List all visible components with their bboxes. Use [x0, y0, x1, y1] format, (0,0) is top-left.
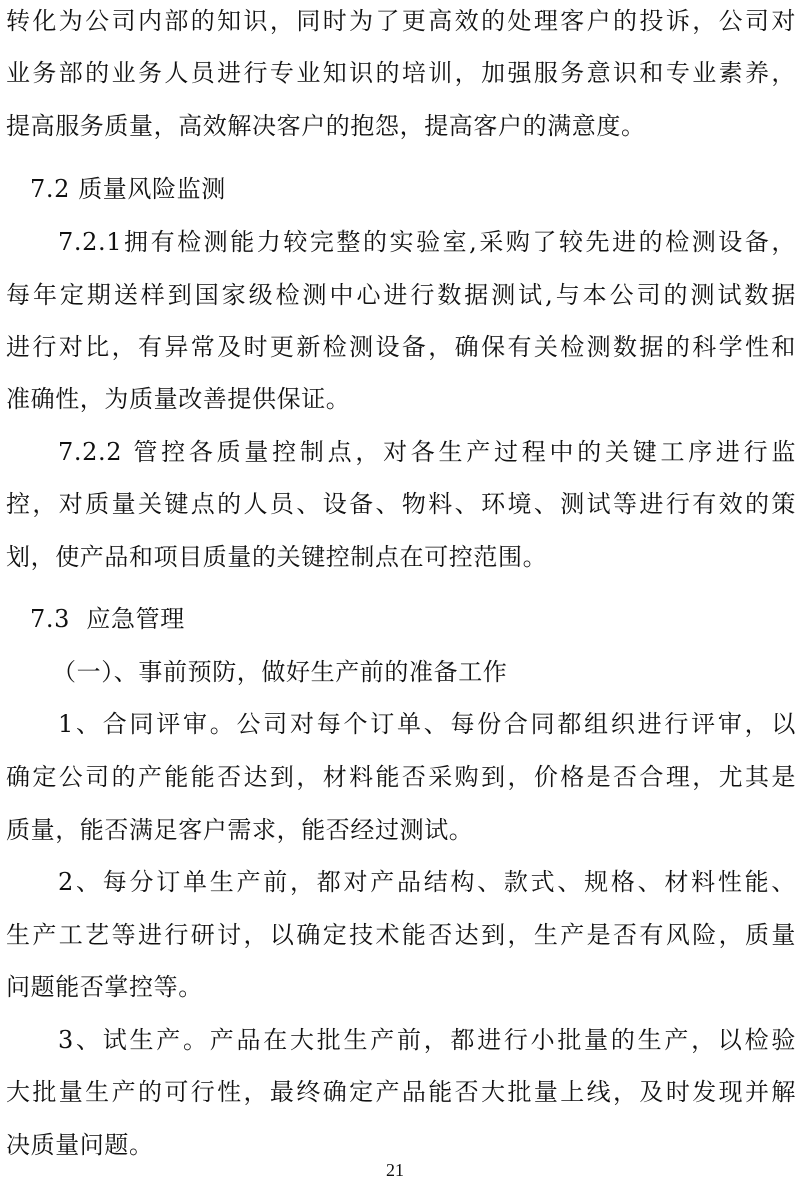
paragraph-line: 控，对质量关键点的人员、设备、物料、环境、测试等进行有效的策 — [6, 489, 796, 519]
paragraph-line: 3、试生产。产品在大批生产前，都进行小批量的生产，以检验 — [58, 1025, 796, 1055]
page-number: 21 — [0, 1160, 790, 1181]
paragraph-line: 准确性，为质量改善提供保证。 — [6, 384, 796, 414]
subsection-heading: （一）、事前预防，做好生产前的准备工作 — [52, 657, 800, 687]
paragraph-line: 7.2.2 管控各质量控制点，对各生产过程中的关键工序进行监 — [58, 437, 796, 467]
paragraph-line: 提高服务质量，高效解决客户的抱怨，提高客户的满意度。 — [6, 111, 796, 141]
paragraph-line: 进行对比，有异常及时更新检测设备，确保有关检测数据的科学性和 — [6, 332, 796, 362]
paragraph-line: 问题能否掌控等。 — [6, 972, 796, 1002]
paragraph-line: 转化为公司内部的知识，同时为了更高效的处理客户的投诉，公司对 — [6, 6, 796, 36]
paragraph-line: 1、合同评审。公司对每个订单、每份合同都组织进行评审，以 — [58, 709, 796, 739]
paragraph-line: 7.2.1拥有检测能力较完整的实验室,采购了较先进的检测设备， — [58, 227, 796, 257]
paragraph-line: 生产工艺等进行研讨，以确定技术能否达到，生产是否有风险，质量 — [6, 920, 796, 950]
paragraph-line: 大批量生产的可行性，最终确定产品能否大批量上线，及时发现并解 — [6, 1077, 796, 1107]
paragraph-line: 划，使产品和项目质量的关键控制点在可控范围。 — [6, 542, 796, 572]
section-heading-7-3: 7.3 应急管理 — [30, 604, 800, 634]
paragraph-line: 确定公司的产能能否达到，材料能否采购到，价格是否合理，尤其是 — [6, 762, 796, 792]
paragraph-line: 决质量问题。 — [6, 1130, 796, 1160]
paragraph-line: 2、每分订单生产前，都对产品结构、款式、规格、材料性能、 — [58, 867, 796, 897]
paragraph-line: 质量，能否满足客户需求，能否经过测试。 — [6, 815, 796, 845]
paragraph-line: 每年定期送样到国家级检测中心进行数据测试,与本公司的测试数据 — [6, 280, 796, 310]
section-heading-7-2: 7.2 质量风险监测 — [30, 174, 800, 204]
paragraph-line: 业务部的业务人员进行专业知识的培训，加强服务意识和专业素养， — [6, 58, 796, 88]
